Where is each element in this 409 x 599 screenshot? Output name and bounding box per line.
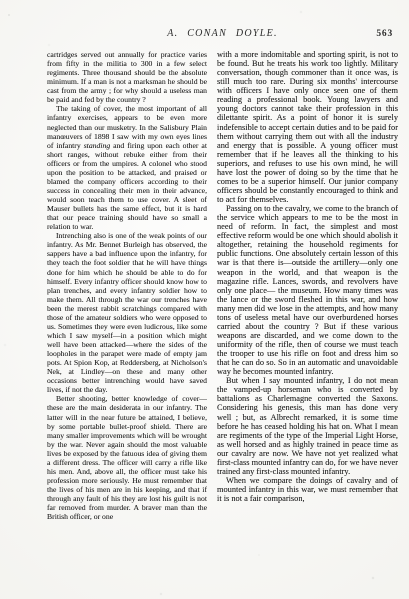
text-segment: standing: [84, 141, 110, 150]
paragraph: with a more indomitable and sporting spi…: [217, 50, 398, 204]
paragraph: Better shooting, better knowledge of cov…: [47, 394, 207, 521]
text-segment: Intrenching also is one of the weak poin…: [47, 231, 207, 394]
paragraph: But when I say mounted infantry, I do no…: [217, 376, 398, 476]
scanned-page: A. CONAN DOYLE. 563 cartridges served ou…: [0, 0, 409, 599]
text-segment: with a more indomitable and sporting spi…: [217, 50, 398, 204]
scan-specks: [8, 14, 10, 16]
text-column-right: with a more indomitable and sporting spi…: [217, 50, 398, 586]
running-header: A. CONAN DOYLE. 563: [47, 28, 398, 41]
running-header-title: A. CONAN DOYLE.: [167, 28, 278, 39]
text-column-left: cartridges served out annually for pract…: [47, 50, 207, 586]
paragraph: The taking of cover, the most important …: [47, 104, 207, 231]
text-segment: Passing on to the cavalry, we come to th…: [217, 204, 398, 376]
text-segment: Better shooting, better knowledge of cov…: [47, 394, 207, 521]
text-segment: cartridges served out annually for pract…: [47, 50, 207, 104]
paragraph: When we compare the doings of cavalry an…: [217, 476, 398, 503]
page-number: 563: [376, 29, 393, 39]
paragraph: Passing on to the cavalry, we come to th…: [217, 204, 398, 376]
text-segment: and firing upon each other at short rang…: [47, 141, 207, 232]
text-segment: But when I say mounted infantry, I do no…: [217, 376, 398, 476]
text-columns: cartridges served out annually for pract…: [47, 50, 398, 586]
text-segment: When we compare the doings of cavalry an…: [217, 476, 398, 503]
paragraph: Intrenching also is one of the weak poin…: [47, 231, 207, 394]
paragraph: cartridges served out annually for pract…: [47, 50, 207, 104]
